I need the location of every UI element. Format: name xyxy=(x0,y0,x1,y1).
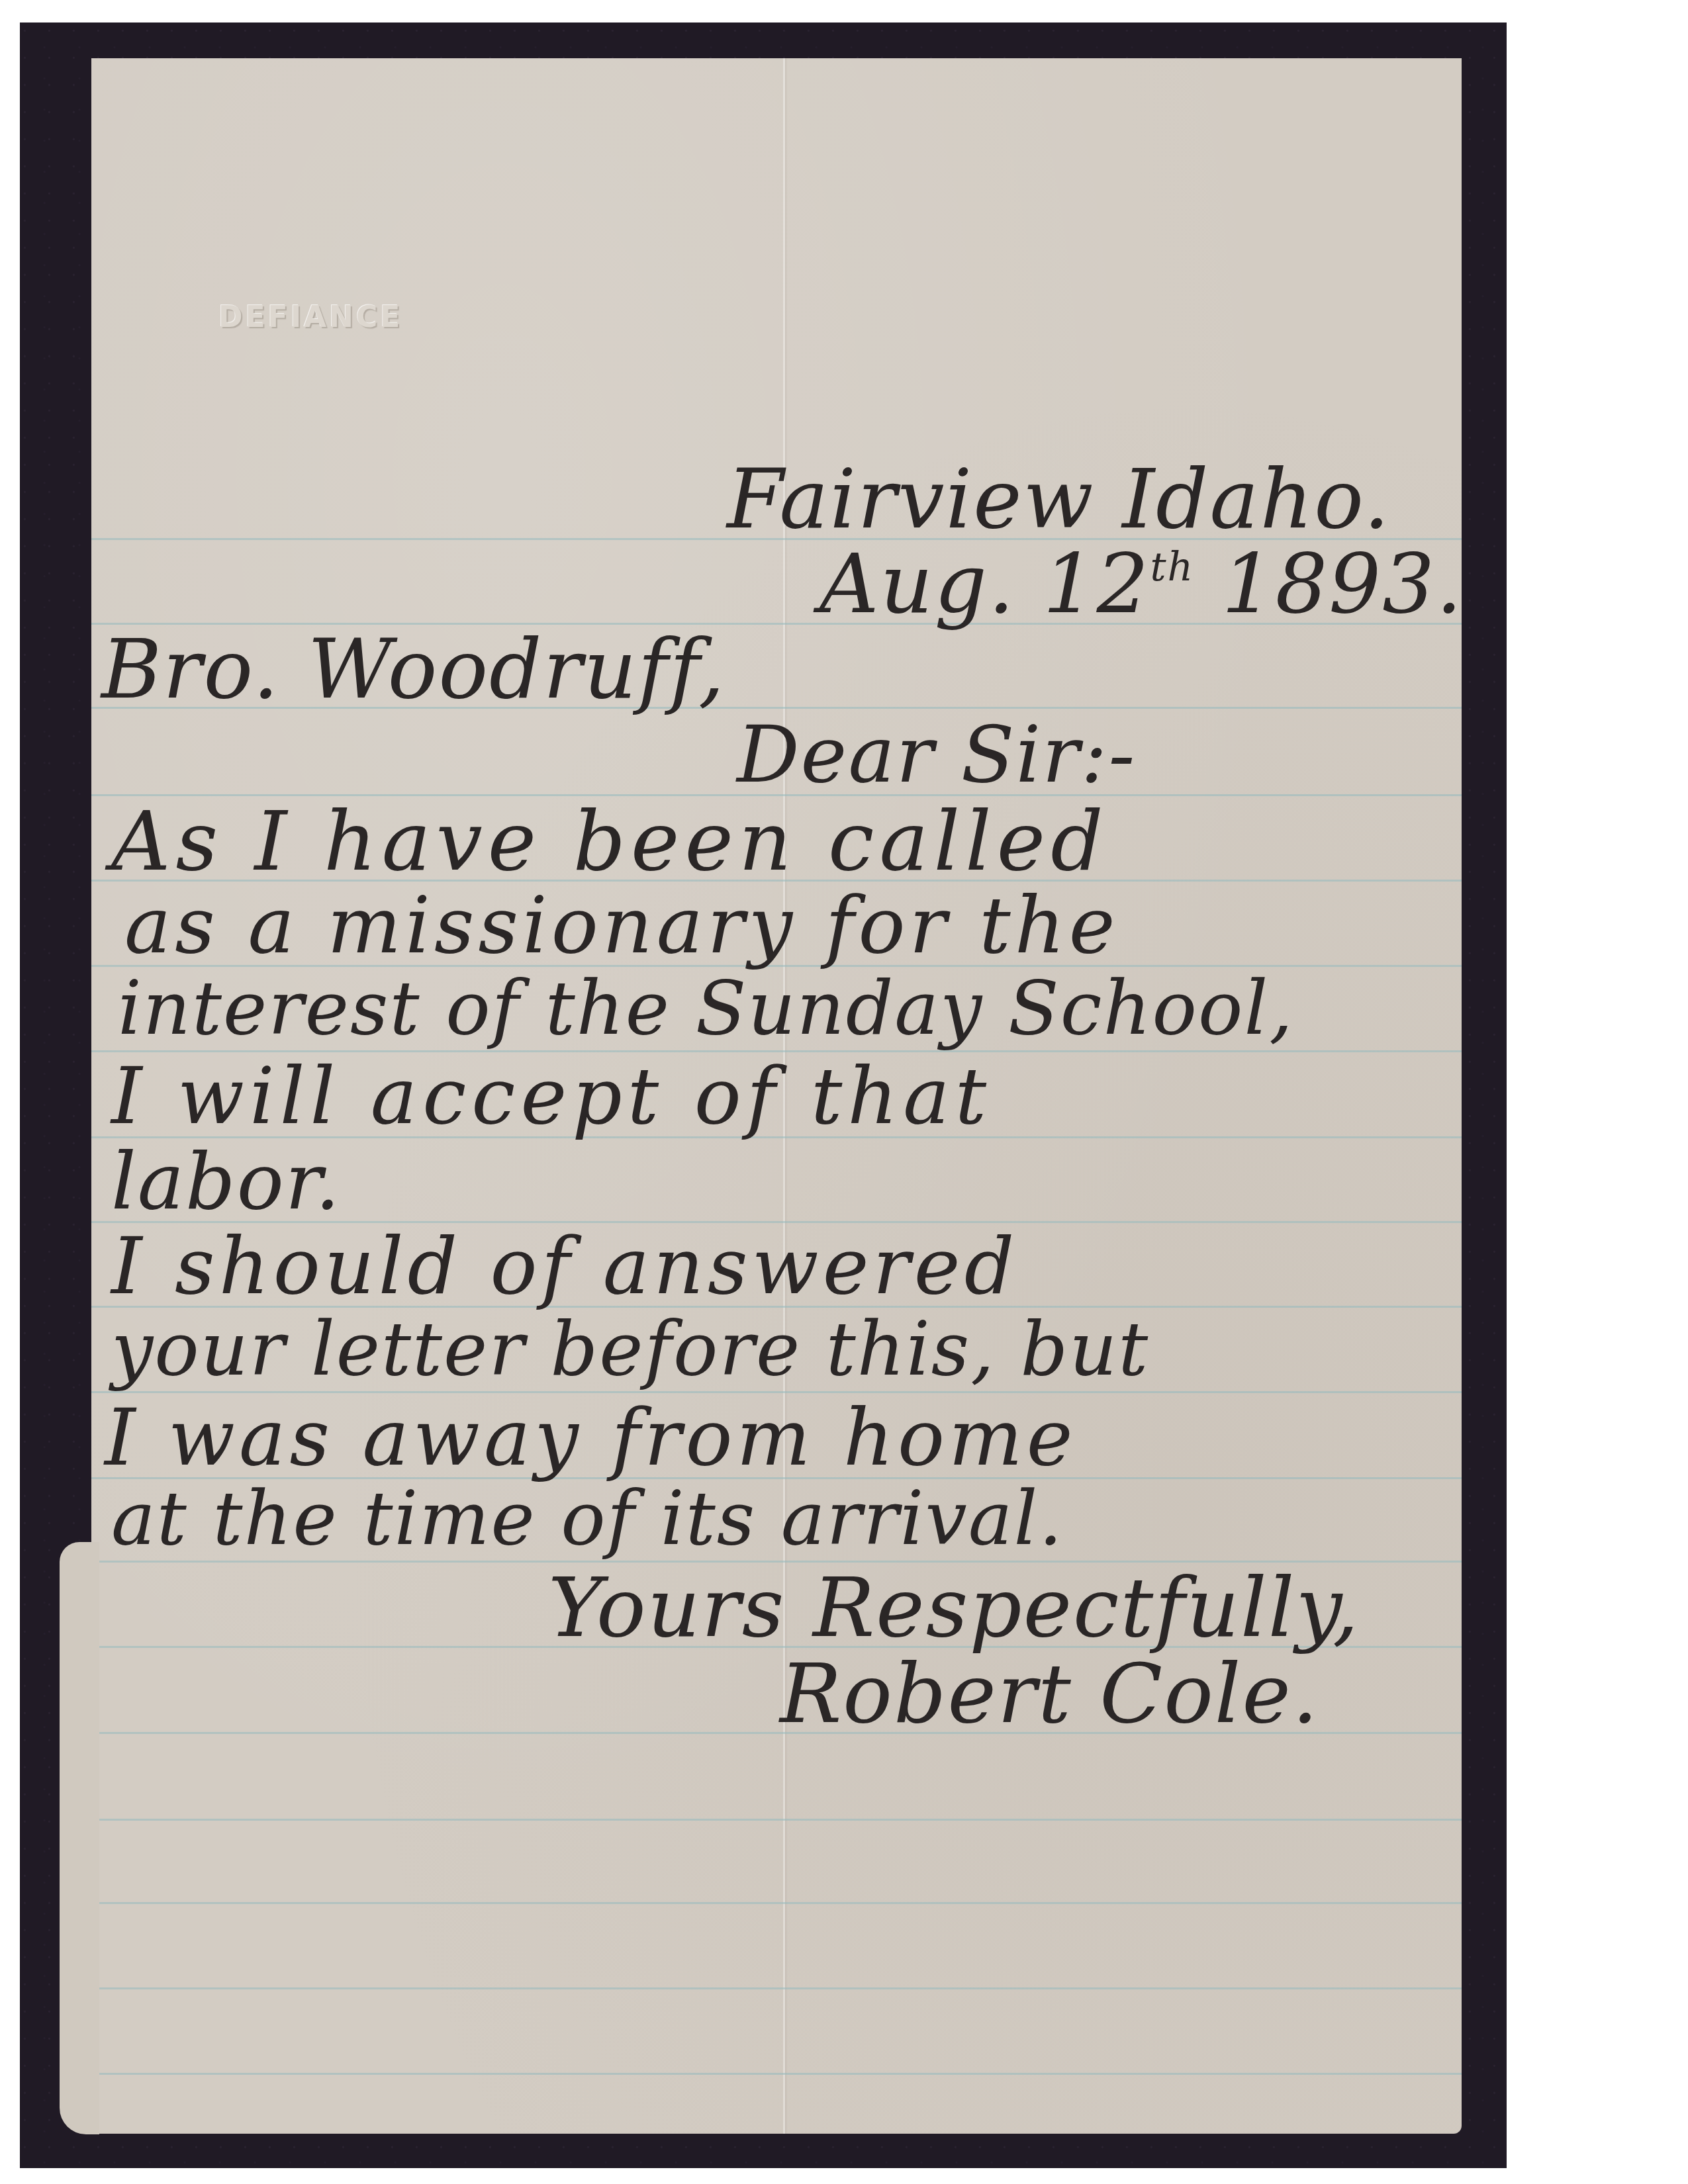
date-year: 1893. xyxy=(1194,537,1462,632)
paper-emboss-mark: DEFIANCE xyxy=(218,300,402,334)
letter-addressee: Bro. Woodruff, xyxy=(101,629,726,711)
torn-paper-edge xyxy=(60,1542,99,2134)
body-line: I should of answered xyxy=(111,1227,1018,1305)
letter-greeting: Dear Sir:- xyxy=(737,715,1136,794)
letter-valediction: Yours Respectfully, xyxy=(548,1567,1360,1649)
date-ordinal-suffix: th xyxy=(1150,544,1194,590)
ruled-line xyxy=(91,2073,1462,2075)
date-month-day: Aug. 12 xyxy=(820,537,1150,632)
letter-signature: Robert Cole. xyxy=(780,1653,1319,1735)
body-line: I will accept of that xyxy=(111,1057,992,1135)
ruled-line xyxy=(91,1902,1462,1904)
body-line: as a missionary for the xyxy=(124,886,1119,964)
ruled-line xyxy=(91,1819,1462,1821)
body-line: labor. xyxy=(111,1142,342,1220)
body-line: interest of the Sunday School, xyxy=(118,972,1294,1046)
letter-place: Fairview Idaho. xyxy=(727,459,1391,541)
letter-date: Aug. 12th 1893. xyxy=(820,543,1462,625)
letter-paper: DEFIANCE Fairview Idaho. Aug. 12th 1893.… xyxy=(91,58,1462,2134)
body-line: your letter before this, but xyxy=(111,1312,1149,1387)
body-line: at the time of its arrival. xyxy=(111,1482,1064,1556)
body-line: As I have been called xyxy=(111,801,1109,883)
ruled-line xyxy=(91,1987,1462,1989)
body-line: I was away from home xyxy=(105,1398,1077,1477)
